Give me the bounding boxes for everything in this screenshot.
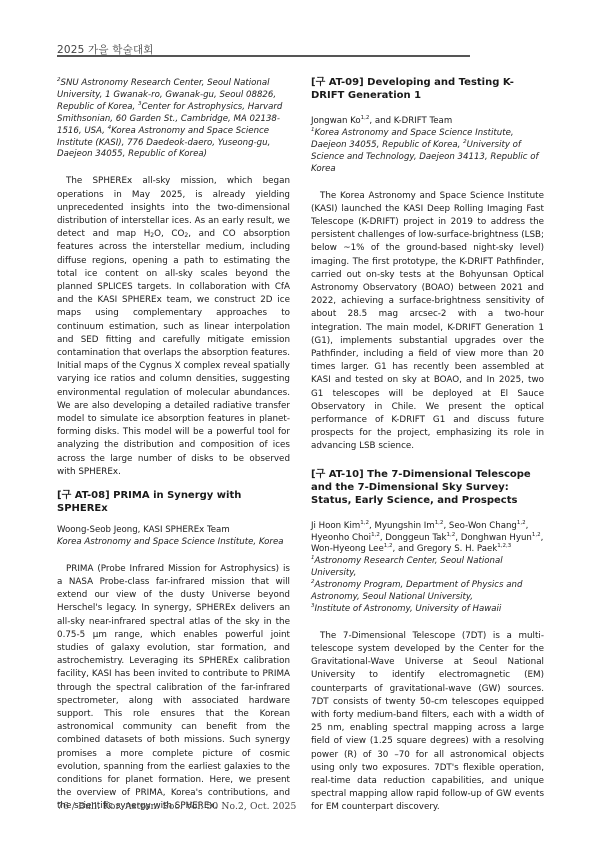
affiliation-text: Astronomy Research Center, Seoul Nationa… (311, 556, 503, 578)
author-sup: 1,2 (384, 543, 393, 549)
previous-abstract-affiliations: 2SNU Astronomy Research Center, Seoul Na… (57, 78, 290, 161)
affiliation-line: 3Institute of Astronomy, University of H… (311, 604, 544, 616)
journal-page: 2025 가을 학술대회 2SNU Astronomy Research Cen… (0, 0, 600, 848)
author-sup: 1,2,3 (497, 543, 511, 549)
author-name: Hyeonho Choi (311, 533, 371, 543)
abstract-title-at08: [구 AT-08] PRIMA in Synergy with SPHEREx (57, 489, 290, 515)
affiliation-at08: Korea Astronomy and Space Science Instit… (57, 537, 290, 549)
author-name: Gregory S. H. Paek (417, 544, 497, 554)
author-sup: 1,2 (517, 520, 526, 526)
previous-abstract-body: The SPHEREx all-sky mission, which began… (57, 175, 290, 479)
abstract-text: O, CO (154, 229, 184, 239)
affiliations-at10: 1Astronomy Research Center, Seoul Nation… (311, 556, 544, 616)
sep: , (541, 533, 544, 543)
author-name: Donggeun Tak (385, 533, 446, 543)
abstract-title-at09: [구 AT-09] Developing and Testing K-DRIFT… (311, 76, 544, 102)
right-column: [구 AT-09] Developing and Testing K-DRIFT… (311, 76, 544, 815)
author-name: Donghwan Hyun (461, 533, 532, 543)
author-name: Ji Hoon Kim (311, 521, 360, 531)
abstract-text: , and CO absorption features across the … (57, 229, 290, 477)
page-footer-citation: 76 / Bull. Kor. Astron. Soc. Vol. 50 No.… (57, 801, 296, 812)
author-sup: 1,2 (371, 532, 380, 538)
sep: , (526, 521, 529, 531)
author-sup: 1,2 (360, 520, 369, 526)
author-name: Myungshin Im (374, 521, 434, 531)
affiliation-text: Institute of Astronomy, University of Ha… (315, 604, 502, 614)
author-sup: 1,2 (447, 532, 456, 538)
abstract-title-at10: [구 AT-10] The 7-Dimensional Telescope an… (311, 468, 544, 507)
abstract-body-at10: The 7-Dimensional Telescope (7DT) is a m… (311, 630, 544, 815)
header-rule (57, 55, 470, 57)
affiliation-text: Astronomy Program, Department of Physics… (311, 580, 522, 602)
abstract-body-at08: PRIMA (Probe Infrared Mission for Astrop… (57, 563, 290, 814)
affiliation-line: 1Astronomy Research Center, Seoul Nation… (311, 556, 544, 580)
affiliations-at09: 1Korea Astronomy and Space Science Insti… (311, 128, 544, 176)
left-column: 2SNU Astronomy Research Center, Seoul Na… (57, 78, 290, 814)
author-rest: , and K-DRIFT Team (369, 116, 452, 126)
author-name: Seo-Won Chang (449, 521, 517, 531)
authors-at08: Woong-Seob Jeong, KASI SPHEREx Team (57, 525, 290, 537)
affiliation-line: 2Astronomy Program, Department of Physic… (311, 580, 544, 604)
author-name: Won-Hyeong Lee (311, 544, 384, 554)
authors-at09: Jongwan Ko1,2, and K-DRIFT Team (311, 116, 544, 128)
abstract-body-at09: The Korea Astronomy and Space Science In… (311, 190, 544, 454)
author-sup: 1,2 (532, 532, 541, 538)
authors-at10: Ji Hoon Kim1,2, Myungshin Im1,2, Seo-Won… (311, 521, 544, 557)
sep: , and (393, 544, 417, 554)
author-name: Jongwan Ko (311, 116, 361, 126)
